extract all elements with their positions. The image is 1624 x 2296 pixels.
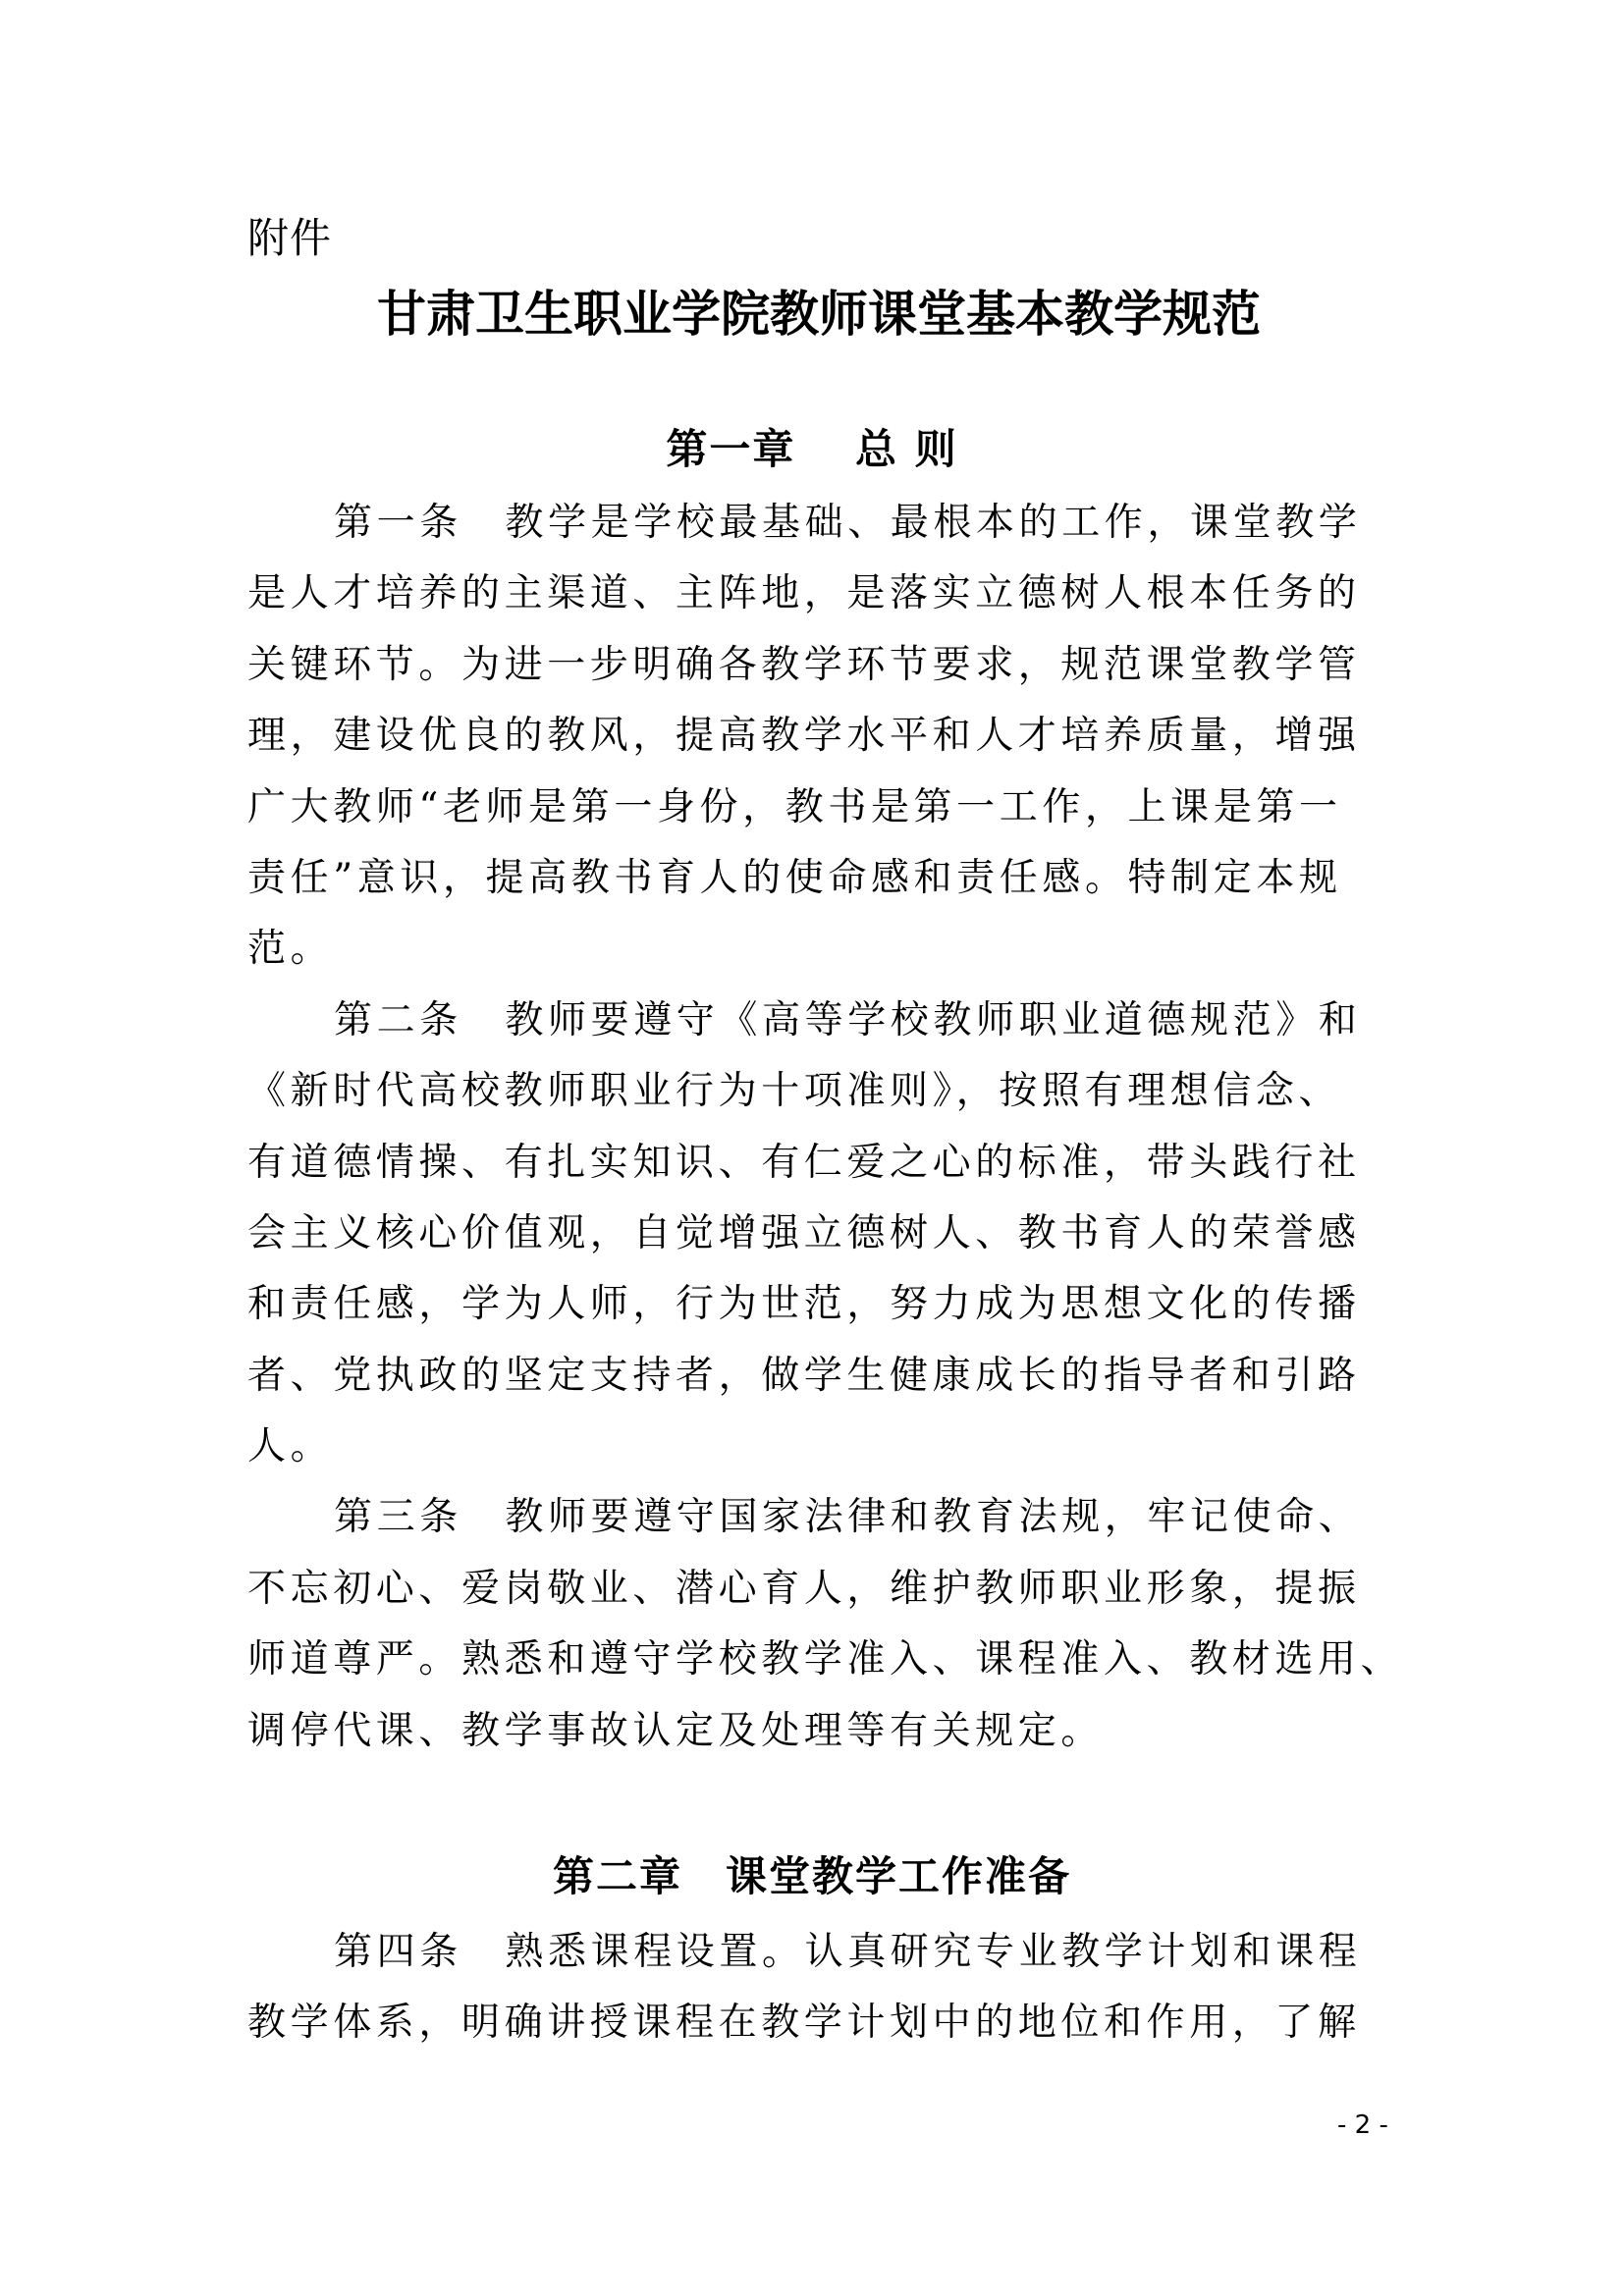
article-1-line: 是人才培养的主渠道、主阵地，是落实立德树人根本任务的 xyxy=(247,559,1377,629)
article-1-line: 第一条 教学是学校最基础、最根本的工作，课堂教学 xyxy=(247,488,1377,559)
article-1: 第一条 教学是学校最基础、最根本的工作，课堂教学 是人才培养的主渠道、主阵地，是… xyxy=(247,488,1377,986)
article-2-line: 有道德情操、有扎实知识、有仁爱之心的标准，带头践行社 xyxy=(247,1128,1377,1199)
chapter-1-body: 第一条 教学是学校最基础、最根本的工作，课堂教学 是人才培养的主渠道、主阵地，是… xyxy=(247,488,1377,1767)
article-2-line: 人。 xyxy=(247,1412,1377,1482)
document-page: 附件 甘肃卫生职业学院教师课堂基本教学规范 第一章 总 则 第一条 教学是学校最… xyxy=(0,0,1624,2296)
article-2-line: 《新时代高校教师职业行为十项准则》，按照有理想信念、 xyxy=(247,1056,1377,1127)
article-1-line: 关键环节。为进一步明确各教学环节要求，规范课堂教学管 xyxy=(247,630,1377,701)
article-4-line: 教学体系，明确讲授课程在教学计划中的地位和作用，了解 xyxy=(247,1988,1377,2058)
article-3-line: 第三条 教师要遵守国家法律和教育法规，牢记使命、 xyxy=(247,1482,1377,1553)
chapter-2-heading: 第二章 课堂教学工作准备 xyxy=(0,1849,1624,1904)
article-4: 第四条 熟悉课程设置。认真研究专业教学计划和课程 教学体系，明确讲授课程在教学计… xyxy=(247,1917,1377,2059)
article-1-line: 理，建设优良的教风，提高教学水平和人才培养质量，增强 xyxy=(247,701,1377,772)
document-title: 甘肃卫生职业学院教师课堂基本教学规范 xyxy=(0,283,1624,346)
article-3-line: 师道尊严。熟悉和遵守学校教学准入、课程准入、教材选用、 xyxy=(247,1625,1377,1695)
article-3-line: 不忘初心、爱岗敬业、潜心育人，维护教师职业形象，提振 xyxy=(247,1554,1377,1625)
annex-label: 附件 xyxy=(247,214,332,263)
article-1-line: 广大教师“老师是第一身份，教书是第一工作，上课是第一 xyxy=(247,773,1377,843)
article-2-line: 者、党执政的坚定支持者，做学生健康成长的指导者和引路 xyxy=(247,1341,1377,1412)
chapter-1-heading: 第一章 总 则 xyxy=(0,422,1624,477)
article-3-line: 调停代课、教学事故认定及处理等有关规定。 xyxy=(247,1696,1377,1767)
article-3: 第三条 教师要遵守国家法律和教育法规，牢记使命、 不忘初心、爱岗敬业、潜心育人，… xyxy=(247,1482,1377,1767)
article-1-line: 范。 xyxy=(247,914,1377,985)
article-1-line: 责任”意识，提高教书育人的使命感和责任感。特制定本规 xyxy=(247,843,1377,914)
article-2-line: 第二条 教师要遵守《高等学校教师职业道德规范》和 xyxy=(247,986,1377,1056)
article-4-line: 第四条 熟悉课程设置。认真研究专业教学计划和课程 xyxy=(247,1917,1377,1988)
article-2-line: 会主义核心价值观，自觉增强立德树人、教书育人的荣誉感 xyxy=(247,1199,1377,1269)
chapter-2-body: 第四条 熟悉课程设置。认真研究专业教学计划和课程 教学体系，明确讲授课程在教学计… xyxy=(247,1917,1377,2059)
article-2-line: 和责任感，学为人师，行为世范，努力成为思想文化的传播 xyxy=(247,1269,1377,1340)
page-number: - 2 - xyxy=(1337,2110,1388,2140)
article-2: 第二条 教师要遵守《高等学校教师职业道德规范》和 《新时代高校教师职业行为十项准… xyxy=(247,986,1377,1483)
